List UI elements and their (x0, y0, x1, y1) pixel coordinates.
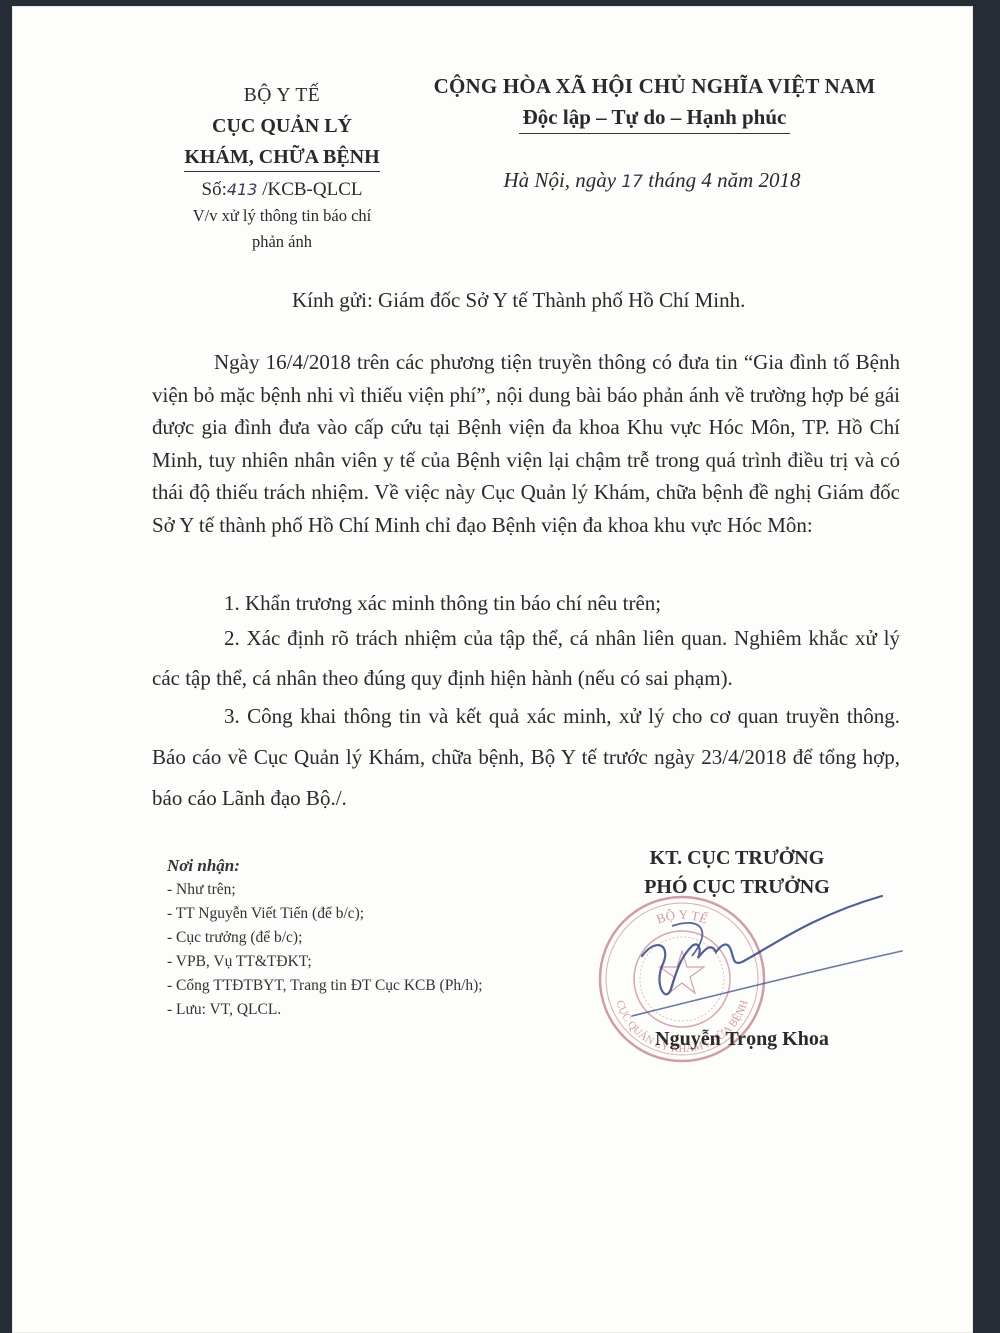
handwritten-number: 413 (227, 180, 258, 199)
recipients-list: Nơi nhận: - Như trên; - TT Nguyễn Viết T… (167, 854, 483, 1022)
salutation: Kính gửi: Giám đốc Sở Y tế Thành phố Hồ … (292, 288, 745, 313)
department-name-line1: CỤC QUẢN LÝ (152, 111, 412, 142)
subject-line2: phản ánh (152, 229, 412, 255)
national-header: CỘNG HÒA XÃ HỘI CHỦ NGHĨA VIỆT NAM Độc l… (412, 70, 897, 134)
document-page: BỘ Y TẾ CỤC QUẢN LÝ KHÁM, CHỮA BỆNH Số:4… (12, 6, 973, 1333)
nation-title: CỘNG HÒA XÃ HỘI CHỦ NGHĨA VIỆT NAM (412, 70, 897, 102)
request-item-1: 1. Khẩn trương xác minh thông tin báo ch… (152, 583, 900, 623)
recipient-item: - VPB, Vụ TT&TĐKT; (167, 950, 483, 974)
signer-name: Nguyễn Trọng Khoa (592, 1028, 892, 1051)
handwritten-day: 17 (621, 172, 643, 192)
request-item-2: 2. Xác định rõ trách nhiệm của tập thể, … (152, 618, 900, 698)
ministry-name: BỘ Y TẾ (152, 80, 412, 111)
subject-line1: V/v xử lý thông tin báo chí (152, 203, 412, 229)
request-item-3: 3. Công khai thông tin và kết quả xác mi… (152, 696, 900, 819)
body-paragraph: Ngày 16/4/2018 trên các phương tiện truy… (152, 346, 900, 541)
issuer-header: BỘ Y TẾ CỤC QUẢN LÝ KHÁM, CHỮA BỆNH Số:4… (152, 80, 412, 255)
document-number: Số:413 /KCB-QLCL (152, 177, 412, 203)
recipient-item: - Cổng TTĐTBYT, Trang tin ĐT Cục KCB (Ph… (167, 974, 483, 998)
recipient-item: - Như trên; (167, 878, 483, 902)
recipient-item: - Lưu: VT, QLCL. (167, 998, 483, 1022)
recipients-title: Nơi nhận: (167, 854, 483, 878)
recipient-item: - Cục trưởng (để b/c); (167, 926, 483, 950)
national-motto: Độc lập – Tự do – Hạnh phúc (519, 102, 791, 134)
signature-title-line1: KT. CỤC TRƯỞNG (612, 844, 862, 873)
recipient-item: - TT Nguyễn Viết Tiến (để b/c); (167, 902, 483, 926)
department-name-line2: KHÁM, CHỮA BỆNH (184, 144, 379, 172)
document-date: Hà Nội, ngày 17 tháng 4 năm 2018 (432, 168, 872, 193)
